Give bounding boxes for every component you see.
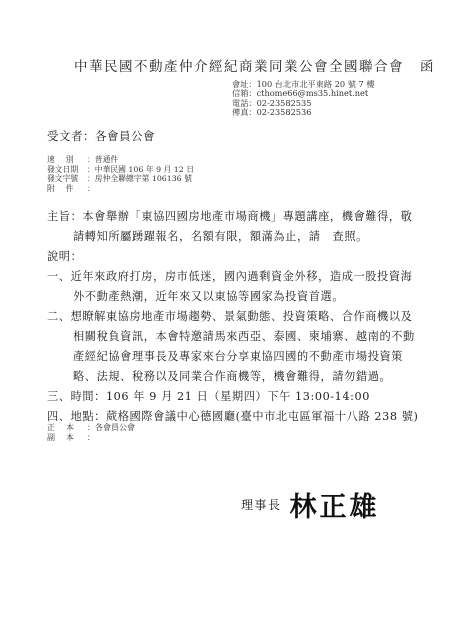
contact-info: 會址：100 台北市北平東路 20 號 7 樓 信箱：cthome66@ms35… — [232, 80, 375, 117]
explanation-item-3: 三、時間：106 年 9 月 21 日（星期四）下午 13:00-14:00 — [47, 387, 447, 407]
signatory-name: 林正雄 — [290, 492, 380, 523]
organization-name: 中華民國不動產仲介經紀商業同業公會全國聯合會 — [74, 59, 404, 75]
meta-number-label: 發文字號 — [47, 174, 87, 184]
subject: 主旨：本會舉辦「東協四國房地產市場商機」專題講座，機會難得，敬 請轉知所屬踴躍報… — [47, 207, 447, 247]
document-meta: 速別：普通件 發文日期：中華民國 106 年 9 月 12 日 發文字號：房仲全… — [47, 155, 194, 193]
meta-date-label: 發文日期 — [47, 165, 87, 175]
primary-value: ：各會員公會 — [87, 423, 135, 432]
explanation-label: 說明： — [47, 247, 447, 267]
document-body: 主旨：本會舉辦「東協四國房地產市場商機」專題講座，機會難得，敬 請轉知所屬踴躍報… — [47, 207, 447, 427]
item-prefix: 二、 — [47, 310, 71, 323]
subject-line-1: 本會舉辦「東協四國房地產市場商機」專題講座，機會難得，敬 — [82, 210, 412, 223]
explanation-item-2: 二、想瞭解東協房地產市場趨勢、景氣動態、投資策略、合作商機以及 相關稅負資訊，本… — [47, 307, 447, 387]
meta-speed-value: ：普通件 — [87, 155, 118, 164]
distribution-primary: 正本：各會員公會 — [47, 423, 135, 433]
meta-attachment-value: ： — [87, 184, 95, 193]
subject-label: 主旨： — [47, 210, 82, 223]
signatory-title: 理事長 — [241, 498, 282, 512]
meta-date-value: ：中華民國 106 年 9 月 12 日 — [87, 165, 194, 174]
copy-value: ： — [87, 433, 95, 442]
item-prefix: 一、 — [47, 270, 71, 283]
subject-line-2b: 查照。 — [333, 230, 368, 243]
item-prefix: 三、 — [47, 390, 71, 403]
meta-attachment: 附件： — [47, 184, 194, 194]
meta-speed-label: 速別 — [47, 155, 87, 165]
meta-number-value: ：房仲全聯總字第 106136 號 — [87, 174, 192, 183]
meta-speed: 速別：普通件 — [47, 155, 194, 165]
document-type: 函 — [420, 59, 435, 75]
meta-attachment-label: 附件 — [47, 184, 87, 194]
meta-date: 發文日期：中華民國 106 年 9 月 12 日 — [47, 165, 194, 175]
subject-line-2a: 請轉知所屬踴躍報名，名額有限，額滿為止，請 — [73, 230, 321, 243]
primary-label: 正本 — [47, 423, 87, 433]
recipient: 受文者：各會員公會 — [47, 128, 155, 144]
explanation-item-1: 一、近年來政府打房，房市低迷，國內過剩資金外移，造成一股投資海 外不動產熱潮，近… — [47, 267, 447, 307]
distribution-copy: 副本： — [47, 433, 135, 443]
document-header: 中華民國不動產仲介經紀商業同業公會全國聯合會函 — [74, 55, 435, 75]
item-prefix: 四、 — [47, 410, 71, 423]
contact-fax: 傳真：02-23582536 — [232, 108, 375, 117]
copy-label: 副本 — [47, 433, 87, 443]
signature-block: 理事長林正雄 — [241, 485, 380, 524]
meta-number: 發文字號：房仲全聯總字第 106136 號 — [47, 174, 194, 184]
distribution-list: 正本：各會員公會 副本： — [47, 423, 135, 443]
